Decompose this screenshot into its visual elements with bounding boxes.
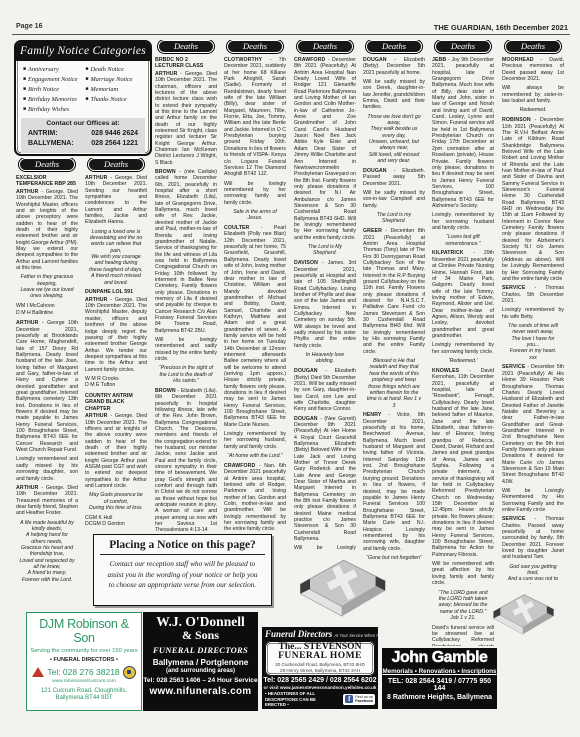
- memorial-verse: “Precious in the sight of the Lord is th…: [155, 365, 217, 384]
- deaths-section-header: Deaths: [88, 158, 144, 171]
- odonnell-website: www.nifunerals.com: [143, 686, 258, 697]
- category-item: Birthday Wishes: [23, 105, 81, 115]
- category-item: Memoriam: [85, 85, 143, 95]
- death-notice-text: Will be Lovingly Remembered by Her Sorro…: [294, 545, 356, 550]
- crest-icon: [123, 666, 136, 679]
- lodge-heading: COUNTRY ANTRIM GRAND BLACK CHAPTER: [85, 393, 147, 412]
- category-item: Birthday Memories: [23, 95, 81, 105]
- placing-notice-title: Placing a Notice on this page?: [100, 535, 265, 555]
- death-notice-text: JEBB - Joy 9th December 2021, peacefully…: [432, 57, 494, 209]
- placing-notice-line: Contact our reception staff who will be …: [98, 559, 267, 570]
- memorial-verse: Redeemed.: [502, 107, 564, 113]
- deaths-section-header: Deaths: [366, 40, 422, 53]
- death-notice-text: Lovingly remembered by her sorrowing hus…: [224, 431, 286, 450]
- deaths-section-header: Deaths: [505, 40, 561, 53]
- djm-tagline: Serving the community for over 150 years: [27, 648, 141, 654]
- djm-robinson-ad: DJM Robinson & Son Serving the community…: [26, 612, 142, 711]
- lodge-heading: BRBDC NO 2 LECTURER CLASS: [155, 57, 217, 70]
- stevenson-address2: 28 Henry Street, Ballymena, BT42 3AH: [265, 668, 375, 674]
- facebook-icon: f: [345, 695, 353, 703]
- death-notice-text: SERVICE - Thomas Charles. Passed away pe…: [502, 516, 564, 560]
- office-name: BALLYMENA:: [28, 139, 74, 149]
- category-item: Marriage Notice: [85, 75, 143, 85]
- gamble-phone: TEL: 028 2564 3419 / 07775 950 144: [382, 678, 497, 692]
- stevenson-header: Funeral Directors: [265, 629, 332, 639]
- office-ballymena: BALLYMENA: 028 2564 1221: [25, 139, 141, 149]
- categories-right-list: Death NoticeMarriage NoticeMemoriamThank…: [85, 65, 143, 115]
- deaths-column-1: DeathsEXCELSIOR TEMPERANCE RBP 285ARTHUR…: [16, 158, 78, 608]
- categories-footer-note: We accept images of individuals in all o…: [16, 154, 150, 156]
- category-item: Birth Notice: [23, 85, 81, 95]
- category-item: Thanks Notice: [85, 95, 143, 105]
- contact-heading: Contact our Offices at:: [25, 120, 141, 127]
- death-notice-text: Will be lovingly remembered and sadly mi…: [155, 337, 217, 362]
- header-rule: [12, 34, 570, 35]
- death-notice-text: Will be lovingly remembered by her sorro…: [224, 181, 286, 206]
- djm-address-line2: Ballymena BT44 9DT: [27, 695, 141, 703]
- placing-notice-line: assist you in the wording of your notice…: [98, 570, 267, 581]
- memorial-verse: May Gods presence be of comfort,During t…: [85, 492, 147, 511]
- memorial-verse: “At home with the Lord.”: [224, 453, 286, 459]
- bible-clipart-image: [294, 552, 390, 626]
- signatories: CGM K HullDCGM D Gordon: [85, 515, 147, 528]
- odonnell-ad: W.J. O'Donnell & Sons FUNERAL DIRECTORS …: [143, 612, 258, 711]
- death-notice-text: HENRY - Victor, 9th December 2021, peace…: [363, 412, 425, 552]
- odonnell-area-note: (and surrounding areas): [143, 668, 258, 674]
- categories-left-list: AnniversaryEngagement NoticeBirth Notice…: [23, 65, 81, 115]
- bible-clipart-image: [489, 586, 557, 644]
- death-notice-text: ARTHUR - George. Died 10th December 2021…: [16, 485, 78, 517]
- death-notice-text: ARTHUR - George 10th December 2021, peac…: [16, 320, 78, 453]
- contact-offices-band: Contact our Offices at: ANTRIM: 028 9446…: [21, 118, 145, 152]
- facebook-label: Facebook: [355, 699, 373, 703]
- memorial-verse: 'Redeemed.': [432, 358, 494, 364]
- category-item: Death Notice: [85, 65, 143, 75]
- memorial-verse: “The LORD gave and the LORD hath taken a…: [432, 590, 494, 622]
- death-notice-text: Lovingly remembered by her sorrowing hus…: [432, 212, 494, 231]
- office-name: ANTRIM:: [28, 129, 58, 139]
- death-notice-text: MOORHEAD - David. Precious memories of D…: [502, 57, 564, 82]
- deaths-section-header: Deaths: [435, 40, 491, 53]
- gamble-services: Memorials • Renovations • Inscriptions: [382, 668, 497, 675]
- stevenson-header-tagline: At Your Service When Necessary: [334, 633, 378, 638]
- deaths-column-2: DeathsARTHUR - George. Died 10th Decembe…: [85, 158, 147, 530]
- death-notice-text: DOUGAN - Elizabeth (Betty) Died 5th Dece…: [294, 368, 356, 412]
- lodge-heading: DUNPAHE LOL 591: [85, 289, 147, 295]
- death-notice-text: KILPATRICK - 29th November 2021 peaceful…: [432, 250, 494, 339]
- stevenson-name-line2: FUNERAL HOME: [265, 652, 375, 662]
- placing-notice-box: Placing a Notice on this page? Contact o…: [93, 534, 272, 606]
- djm-name: DJM Robinson & Son: [27, 618, 141, 646]
- death-notice-text: ARTHUR - George. Died 10th December 2021…: [85, 413, 147, 489]
- gamble-name: John Gamble: [382, 650, 497, 667]
- odonnell-area: Ballymena / Portglenone: [143, 658, 258, 667]
- odonnell-role: FUNERAL DIRECTORS: [143, 645, 258, 655]
- stevenson-website: or visit www.jamesstevensonandson.yellsi…: [262, 685, 378, 690]
- facebook-badge: f Find us on Facebook: [343, 694, 375, 704]
- newspaper-page: Page 16 THE GUARDIAN, 16th December 2021…: [0, 0, 580, 737]
- deaths-column-8: DeathsMOORHEAD - David. Precious memorie…: [502, 40, 564, 584]
- memorial-verse: Safe in the arms of Jesus.: [224, 209, 286, 222]
- deaths-section-header: Deaths: [297, 40, 353, 53]
- death-notice-text: DOUGAN - Elizabeth. Passed away 5th Dece…: [363, 168, 425, 187]
- category-item: Engagement Notice: [23, 75, 81, 85]
- death-notice-text: Will be sadly missed by son-in-law Campb…: [363, 190, 425, 209]
- masonic-triangle-icon: [32, 667, 44, 677]
- death-notice-text: DAVISON - James. 3rd December 2021, peac…: [294, 260, 356, 349]
- memorial-verse: Those we love don't go away,They walk be…: [363, 114, 425, 165]
- office-antrim: ANTRIM: 028 9446 2624: [25, 129, 141, 139]
- memorial-verse: The sands of time will never wash away,T…: [502, 323, 564, 361]
- office-phone: 028 9446 2624: [91, 129, 138, 139]
- death-notice-text: ROBINSON - December 11th 2021 (Peacefull…: [502, 117, 564, 282]
- masthead: THE GUARDIAN, 16th December 2021: [434, 23, 568, 32]
- death-notice-text: GREER - December 8th 2021 (Peacefully) a…: [363, 228, 425, 355]
- john-gamble-ad: John Gamble Memorials • Renovations • In…: [382, 648, 497, 709]
- death-notice-text: BROWN - Elizabeth (Lila). 6th December 2…: [155, 388, 217, 532]
- death-notice-text: SERVICE - Thomas Charles. 5th December 2…: [502, 285, 564, 304]
- death-notice-text: SERVICE - December 5th 2021 (Peacefully)…: [502, 364, 564, 485]
- deaths-section-header: Deaths: [19, 158, 75, 171]
- death-notice-text: CRAWFORD - December 8th 2021 (Peacefully…: [294, 57, 356, 241]
- djm-address-line1: 121 Culcrum Road, Cloughmills,: [27, 688, 141, 696]
- death-notice-text: COULTER - Pearl Elizabeth (Polly nee Bla…: [224, 225, 286, 428]
- memorial-verse: “Loves last gift remembrance.”: [432, 234, 494, 247]
- memorial-verse: Father in they gracious keeping,Leave we…: [16, 274, 78, 299]
- memorial-verse: In Heavenly love abiding.: [294, 352, 356, 365]
- categories-title: Family Notice Categories: [16, 42, 150, 61]
- death-notice-text: BROWN - (née Carlisle) called home Decem…: [155, 169, 217, 334]
- signatories: W M R CrooksD M E Tufton: [85, 376, 147, 389]
- odonnell-phone: Tel: 028 2563 1406 – 24 Hour Service: [143, 677, 258, 684]
- page-number-label: Page 16: [16, 23, 42, 30]
- odonnell-name2: & Sons: [143, 629, 258, 642]
- office-phone: 028 2564 1221: [91, 139, 138, 149]
- death-notice-text: CRAWFORD - Nan. 6th December 2021 peacef…: [224, 463, 286, 532]
- djm-phone: Tel: 028 276 38218: [47, 667, 119, 677]
- family-notice-categories-box: Family Notice Categories AnniversaryEnga…: [14, 40, 152, 156]
- death-notice-text: CLOTWORTHY - 7th December 2021, suddenly…: [224, 57, 286, 178]
- placing-notice-line: to choose an appropriate verse from our …: [98, 580, 267, 591]
- death-notice-text: Will always be remembered by sister-in-l…: [502, 85, 564, 104]
- memorial-verse: The Lord is my Shepherd.: [363, 212, 425, 225]
- deaths-column-6: DeathsDOUGAN - Elizabeth (Betty). Decemb…: [363, 40, 425, 560]
- memorial-verse: God saw you getting tired,And a cure was…: [502, 564, 564, 584]
- lodge-heading: EXCELSIOR TEMPERANCE RBP 285: [16, 175, 78, 188]
- djm-website: www.robinsonsofculcrum.com: [27, 679, 141, 684]
- odonnell-name: W.J. O'Donnell: [143, 615, 258, 629]
- death-notice-text: Lovingly remembered and sadly missed by …: [16, 456, 78, 481]
- category-item: Anniversary: [23, 65, 81, 75]
- deaths-column-7: DeathsJEBB - Joy 9th December 2021, peac…: [432, 40, 494, 646]
- deaths-column-5: DeathsCRAWFORD - December 8th 2021 (Peac…: [294, 40, 356, 550]
- death-notice-text: DOUGAN - Elizabeth (Betty). December 5th…: [363, 57, 425, 76]
- signatories: WM I McCahoonD M H Ballintine: [16, 303, 78, 316]
- death-notice-text: David's funeral service will be streamed…: [432, 625, 494, 646]
- death-notice-text: ARTHUR - George. Died 10th December 2021…: [155, 71, 217, 166]
- memorial-verse: A life made beautiful by kindly deeds,A …: [16, 520, 78, 583]
- stevenson-phone: Tel: 028 2565 2429 / 028 2564 6202: [262, 677, 378, 684]
- death-notice-text: Lovingly remembered by her sorrowing fam…: [432, 342, 494, 355]
- death-notice-text: ARTHUR - George. Died 10th December 2021…: [85, 297, 147, 373]
- memorial-verse: Blessed is He that readeth and they that…: [363, 358, 425, 409]
- stevenson-headstones-note: • HEADSTONES OF ALL DESCRIPTIONS CAN BE …: [265, 691, 335, 708]
- death-notice-text: DOUGAN - (Nee Garrett) December 9th 2021…: [294, 416, 356, 543]
- djm-role: • FUNERAL DIRECTORS •: [27, 657, 141, 663]
- death-notice-text: ARTHUR - George. Died 10th December 2021…: [85, 175, 147, 226]
- gamble-address: 8 Rathmore Heights, Ballymena: [382, 694, 497, 701]
- death-notice-text: KNOWLES - David Kernohan, 11th December …: [432, 368, 494, 558]
- death-notice-text: Will be Lovingly Remembered by His Sorro…: [502, 488, 564, 513]
- death-notice-text: Will be remembered with great affection …: [432, 561, 494, 586]
- memorial-verse: The Lord is My Shepherd.: [294, 244, 356, 257]
- memorial-verse: Losing a loved one is devastating and th…: [85, 229, 147, 286]
- deaths-column-3: DeathsBRBDC NO 2 LECTURER CLASSARTHUR - …: [155, 40, 217, 532]
- deaths-column-4: DeathsCLOTWORTHY - 7th December 2021, su…: [224, 40, 286, 532]
- stevenson-funeral-home-ad: Funeral Directors At Your Service When N…: [262, 627, 378, 709]
- death-notice-text: Lovingly remembered by his wife Betty.: [502, 307, 564, 320]
- death-notice-text: Will be sadly missed by son Derek, daugh…: [363, 79, 425, 111]
- deaths-section-header: Deaths: [227, 40, 283, 53]
- deaths-section-header: Deaths: [158, 40, 214, 53]
- death-notice-text: ARTHUR - George. Died 10th December 2021…: [16, 189, 78, 271]
